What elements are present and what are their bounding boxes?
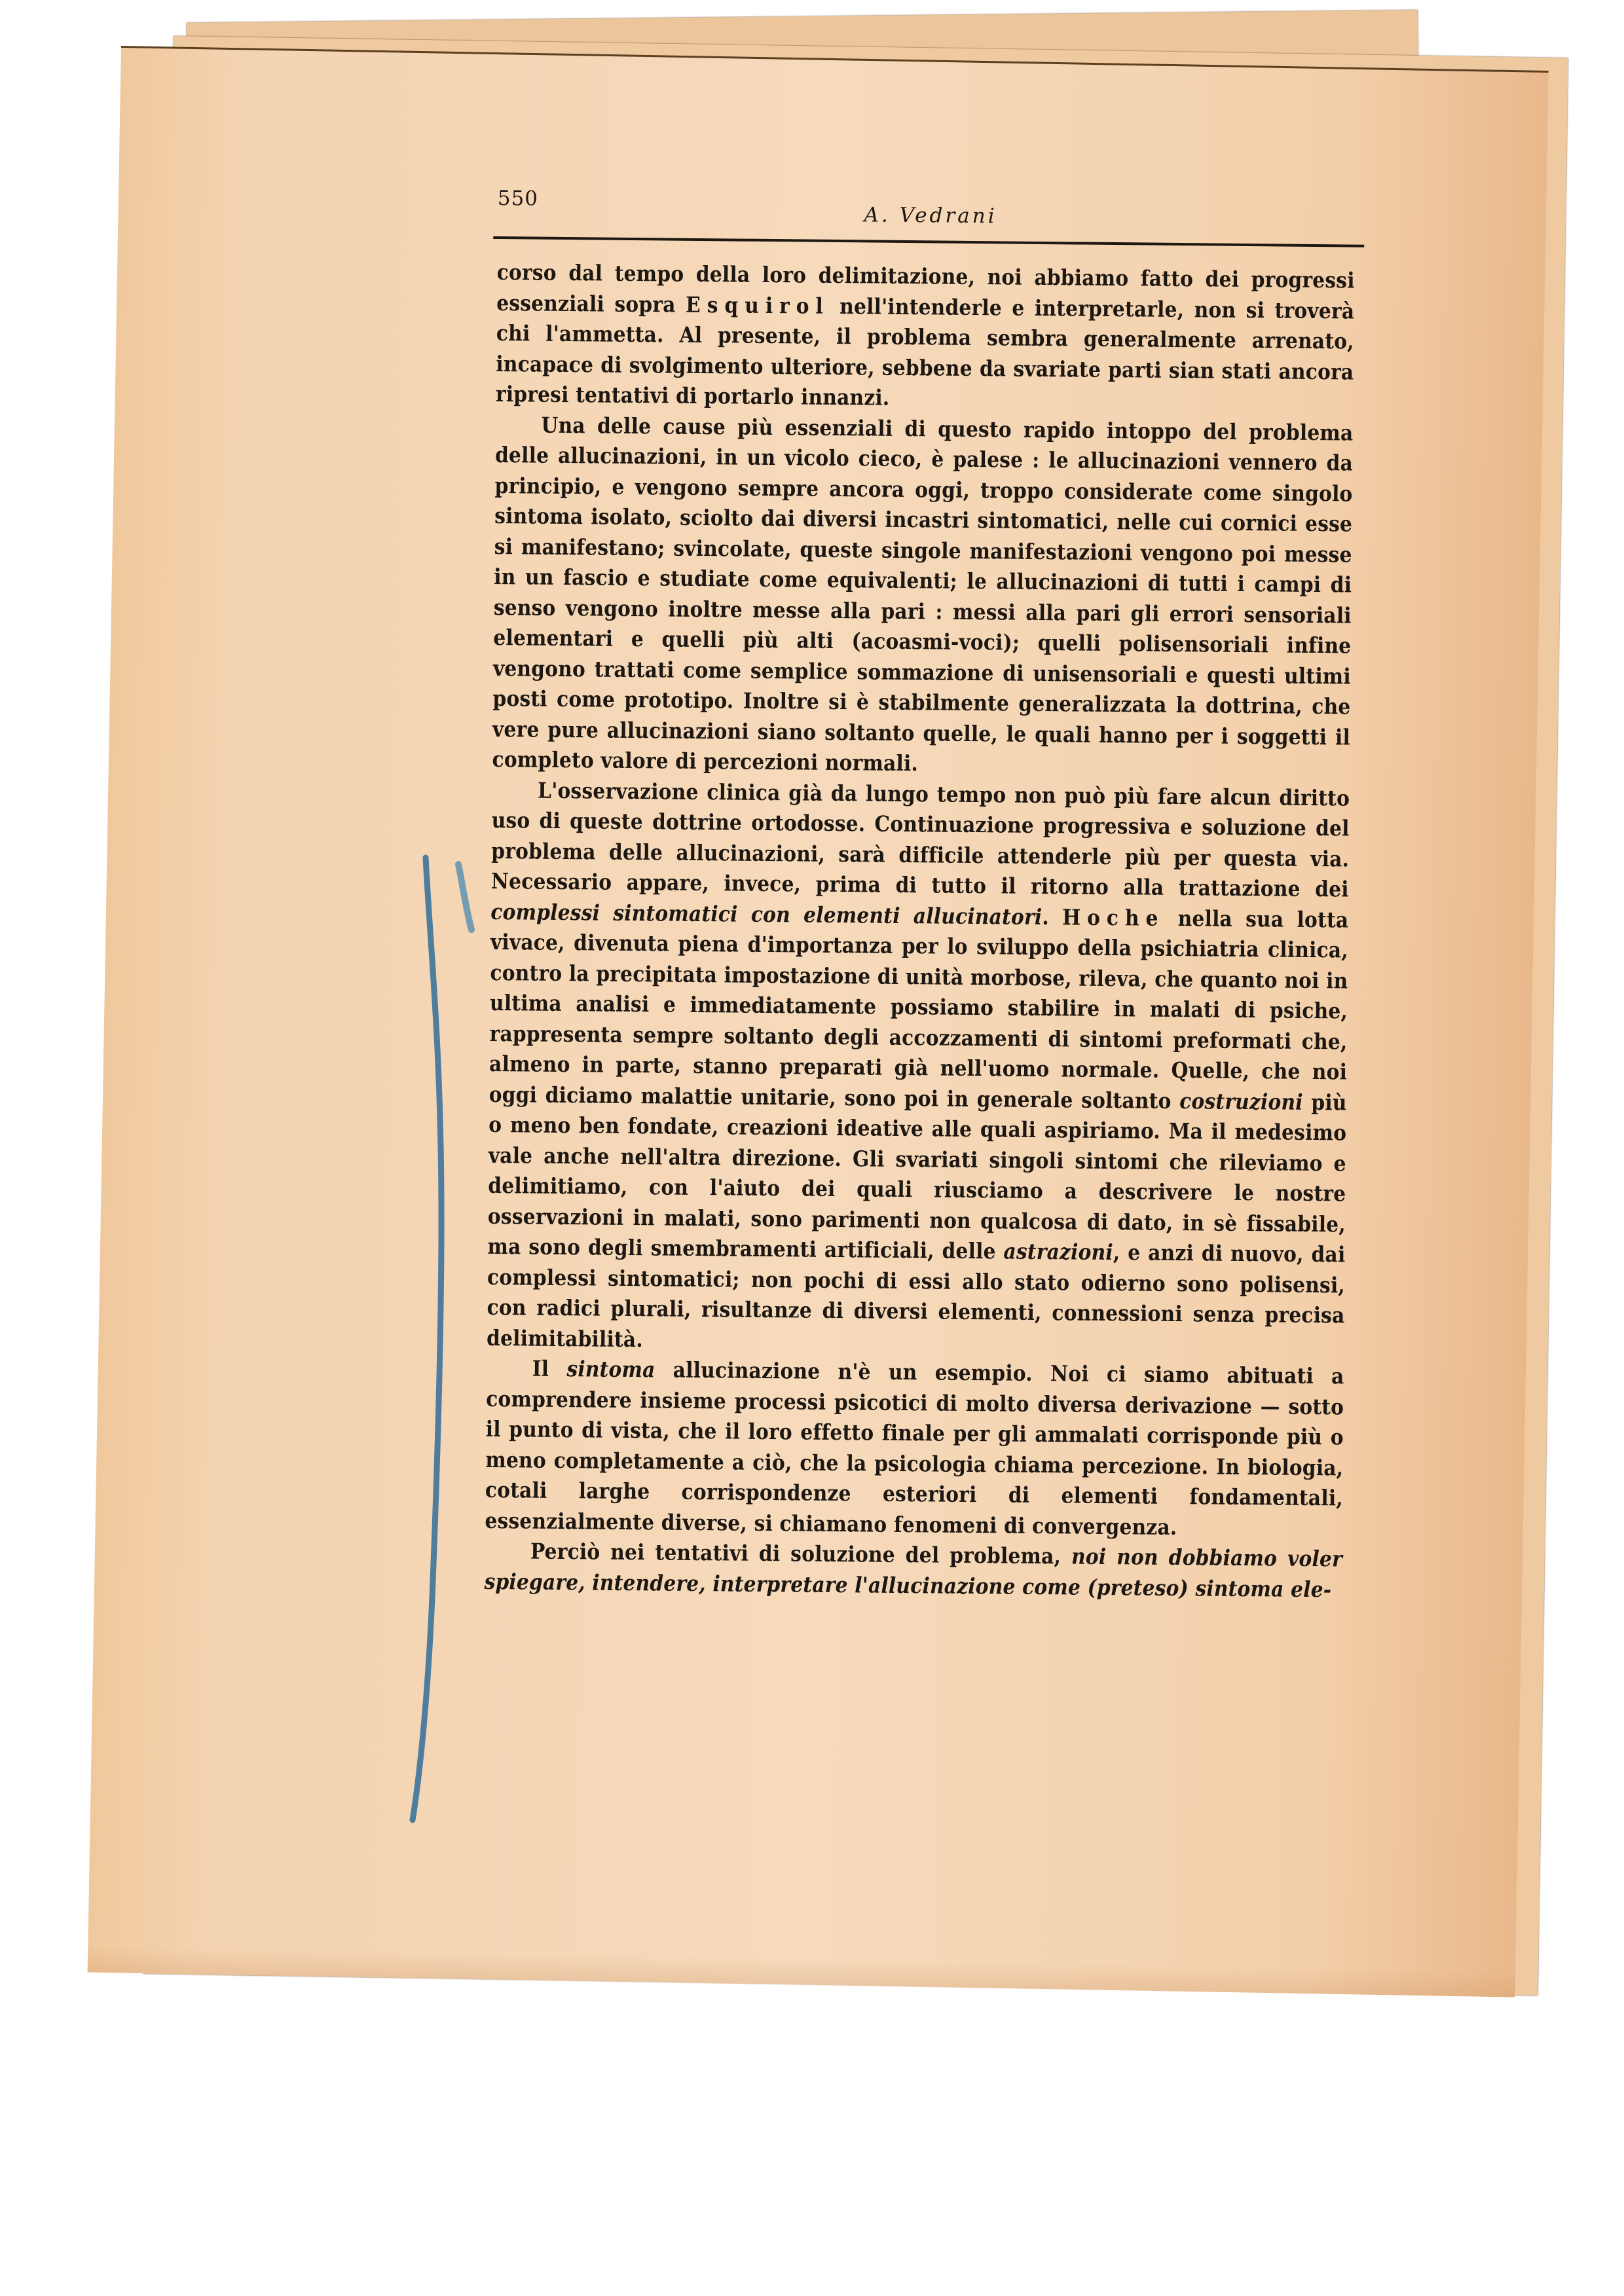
running-head: 550 A. Vedrani bbox=[497, 187, 1356, 241]
spaced-name: Hoche bbox=[1062, 904, 1165, 930]
paragraph: L'osservazione clinica già da lungo temp… bbox=[487, 774, 1350, 1361]
printed-page: 550 A. Vedrani corso dal tempo della lor… bbox=[484, 187, 1356, 1605]
paragraph: Il sintoma allucinazione n'è un esempio.… bbox=[485, 1353, 1344, 1544]
spaced-name: Esquirol bbox=[686, 291, 830, 318]
text-run: più o meno ben fondate, creazioni ideati… bbox=[487, 1089, 1347, 1264]
emphasized-text: sintoma bbox=[566, 1356, 655, 1382]
text-run: Una delle cause più essenziali di questo… bbox=[492, 412, 1353, 776]
page-number: 550 bbox=[498, 187, 539, 211]
text-run: nella sua lotta vivace, divenuta piena d… bbox=[489, 905, 1349, 1113]
body-text: corso dal tempo della loro delimitazione… bbox=[484, 257, 1355, 1605]
text-run: allucinazione n'è un esempio. Noi ci sia… bbox=[485, 1357, 1344, 1539]
emphasized-text: complessi sintomatici con elementi alluc… bbox=[490, 898, 1042, 929]
paragraph: Perciò nei tentativi di soluzione del pr… bbox=[484, 1536, 1342, 1605]
paragraph: Una delle cause più essenziali di questo… bbox=[492, 409, 1353, 783]
paragraph: corso dal tempo della loro delimitazione… bbox=[496, 257, 1355, 418]
emphasized-text: costruzioni bbox=[1179, 1088, 1303, 1115]
text-run: . bbox=[1042, 904, 1062, 930]
running-head-author: A. Vedrani bbox=[864, 203, 997, 228]
emphasized-text: astrazioni bbox=[1003, 1238, 1113, 1265]
text-run: Il bbox=[532, 1356, 566, 1382]
text-run: L'osservazione clinica già da lungo temp… bbox=[491, 777, 1350, 902]
text-run: Perciò nei tentativi di soluzione del pr… bbox=[530, 1539, 1071, 1569]
